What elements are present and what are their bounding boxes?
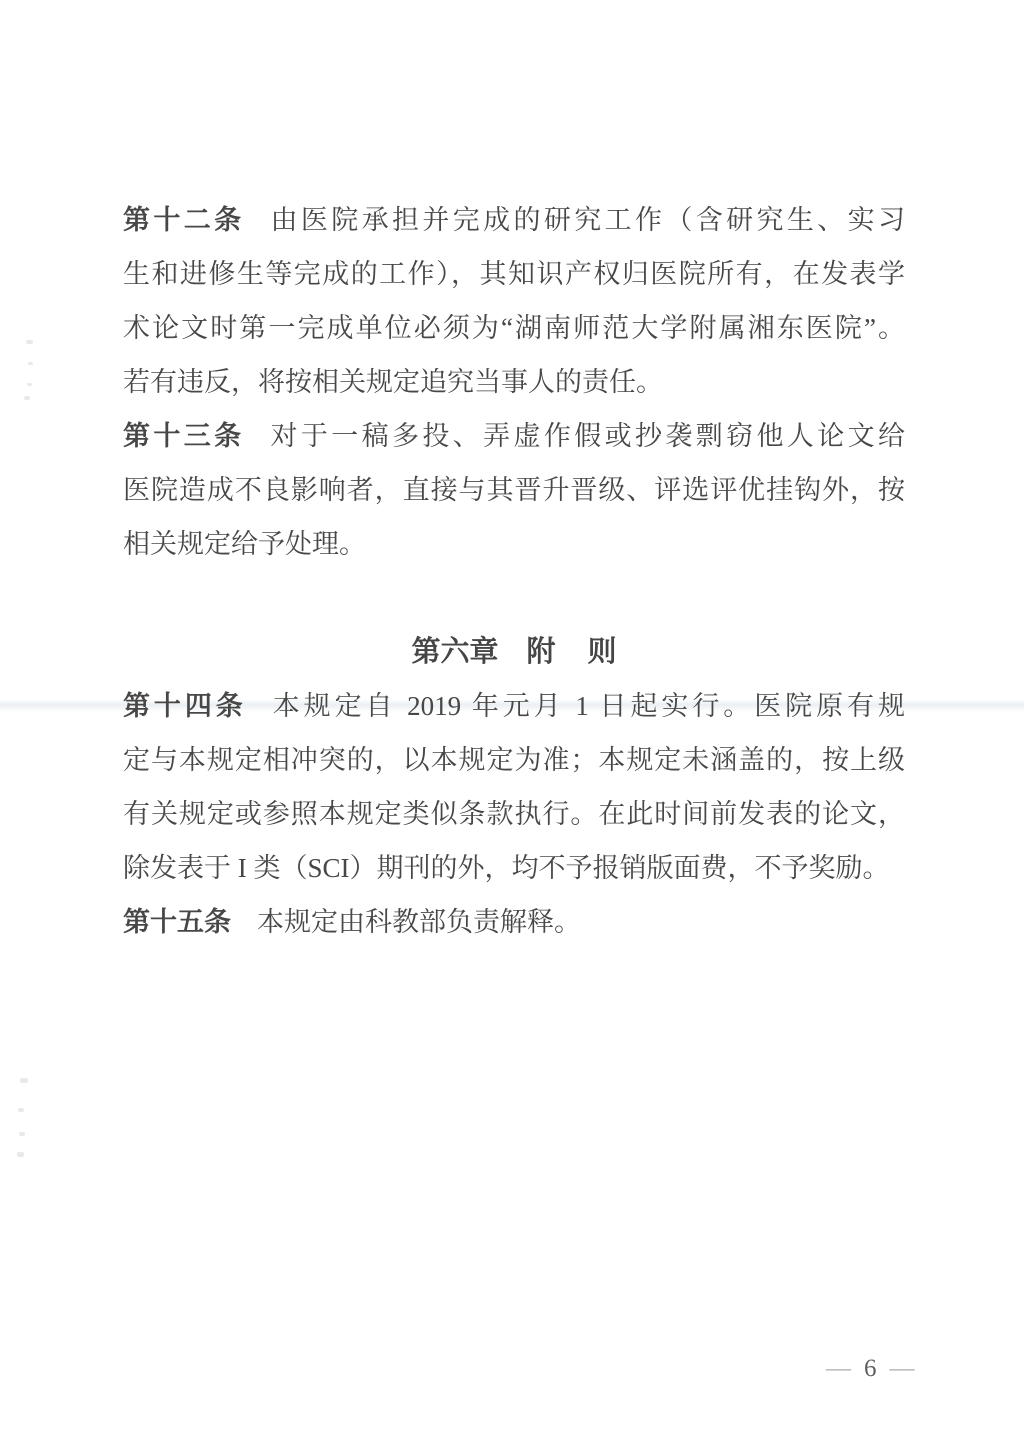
article-13-label: 第十三条 — [123, 421, 245, 451]
scan-artifact — [26, 340, 33, 344]
scan-artifact — [24, 396, 30, 400]
scan-artifact — [20, 1078, 28, 1083]
chapter-number: 第六章 — [411, 636, 498, 668]
chapter-heading: 第六章附则 — [123, 625, 905, 679]
chapter-title-char-1: 附 — [526, 636, 555, 668]
chapter-title-char-2: 则 — [588, 636, 617, 668]
scan-artifact — [19, 1132, 25, 1136]
article-12-label: 第十二条 — [123, 205, 245, 235]
article-13-line-3: 相关规定给予处理。 — [123, 517, 905, 571]
article-14-label: 第十四条 — [123, 691, 247, 721]
article-12-text: 由医院承担并完成的研究工作（含研究生、实习 — [271, 205, 906, 235]
article-14-line-2: 定与本规定相冲突的，以本规定为准；本规定未涵盖的，按上级 — [123, 733, 905, 787]
article-14-line-1: 第十四条本规定自 2019 年元月 1 日起实行。医院原有规 — [123, 679, 905, 733]
page-number-right-dash: — — [890, 1355, 915, 1383]
scan-artifact — [17, 1152, 24, 1157]
document-page: 第十二条由医院承担并完成的研究工作（含研究生、实习 生和进修生等完成的工作），其… — [0, 0, 1024, 1448]
page-number: — 6 — — [826, 1355, 915, 1383]
article-12-line-4: 若有违反，将按相关规定追究当事人的责任。 — [123, 355, 905, 409]
article-12-line-2: 生和进修生等完成的工作），其知识产权归医院所有，在发表学 — [123, 247, 905, 301]
article-12-line-1: 第十二条由医院承担并完成的研究工作（含研究生、实习 — [123, 193, 905, 247]
article-14-line-4: 除发表于 I 类（SCI）期刊的外，均不予报销版面费，不予奖励。 — [123, 841, 905, 895]
article-15-label: 第十五条 — [123, 907, 231, 937]
article-13-line-2: 医院造成不良影响者，直接与其晋升晋级、评选评优挂钩外，按 — [123, 463, 905, 517]
document-body: 第十二条由医院承担并完成的研究工作（含研究生、实习 生和进修生等完成的工作），其… — [123, 193, 905, 949]
article-13-line-1: 第十三条对于一稿多投、弄虚作假或抄袭剽窃他人论文给 — [123, 409, 905, 463]
scan-artifact — [27, 383, 32, 386]
article-15-line-1: 第十五条本规定由科教部负责解释。 — [123, 895, 905, 949]
page-number-value: 6 — [864, 1355, 877, 1383]
page-number-left-dash: — — [826, 1355, 851, 1383]
article-14-text: 本规定自 2019 年元月 1 日起实行。医院原有规 — [273, 691, 905, 721]
article-13-text: 对于一稿多投、弄虚作假或抄袭剽窃他人论文给 — [271, 421, 906, 451]
article-15-text: 本规定由科教部负责解释。 — [257, 907, 581, 937]
scan-artifact — [28, 362, 33, 365]
scan-artifact — [18, 1108, 24, 1112]
article-12-line-3: 术论文时第一完成单位必须为“湖南师范大学附属湘东医院”。 — [123, 301, 905, 355]
article-14-line-3: 有关规定或参照本规定类似条款执行。在此时间前发表的论文， — [123, 787, 905, 841]
